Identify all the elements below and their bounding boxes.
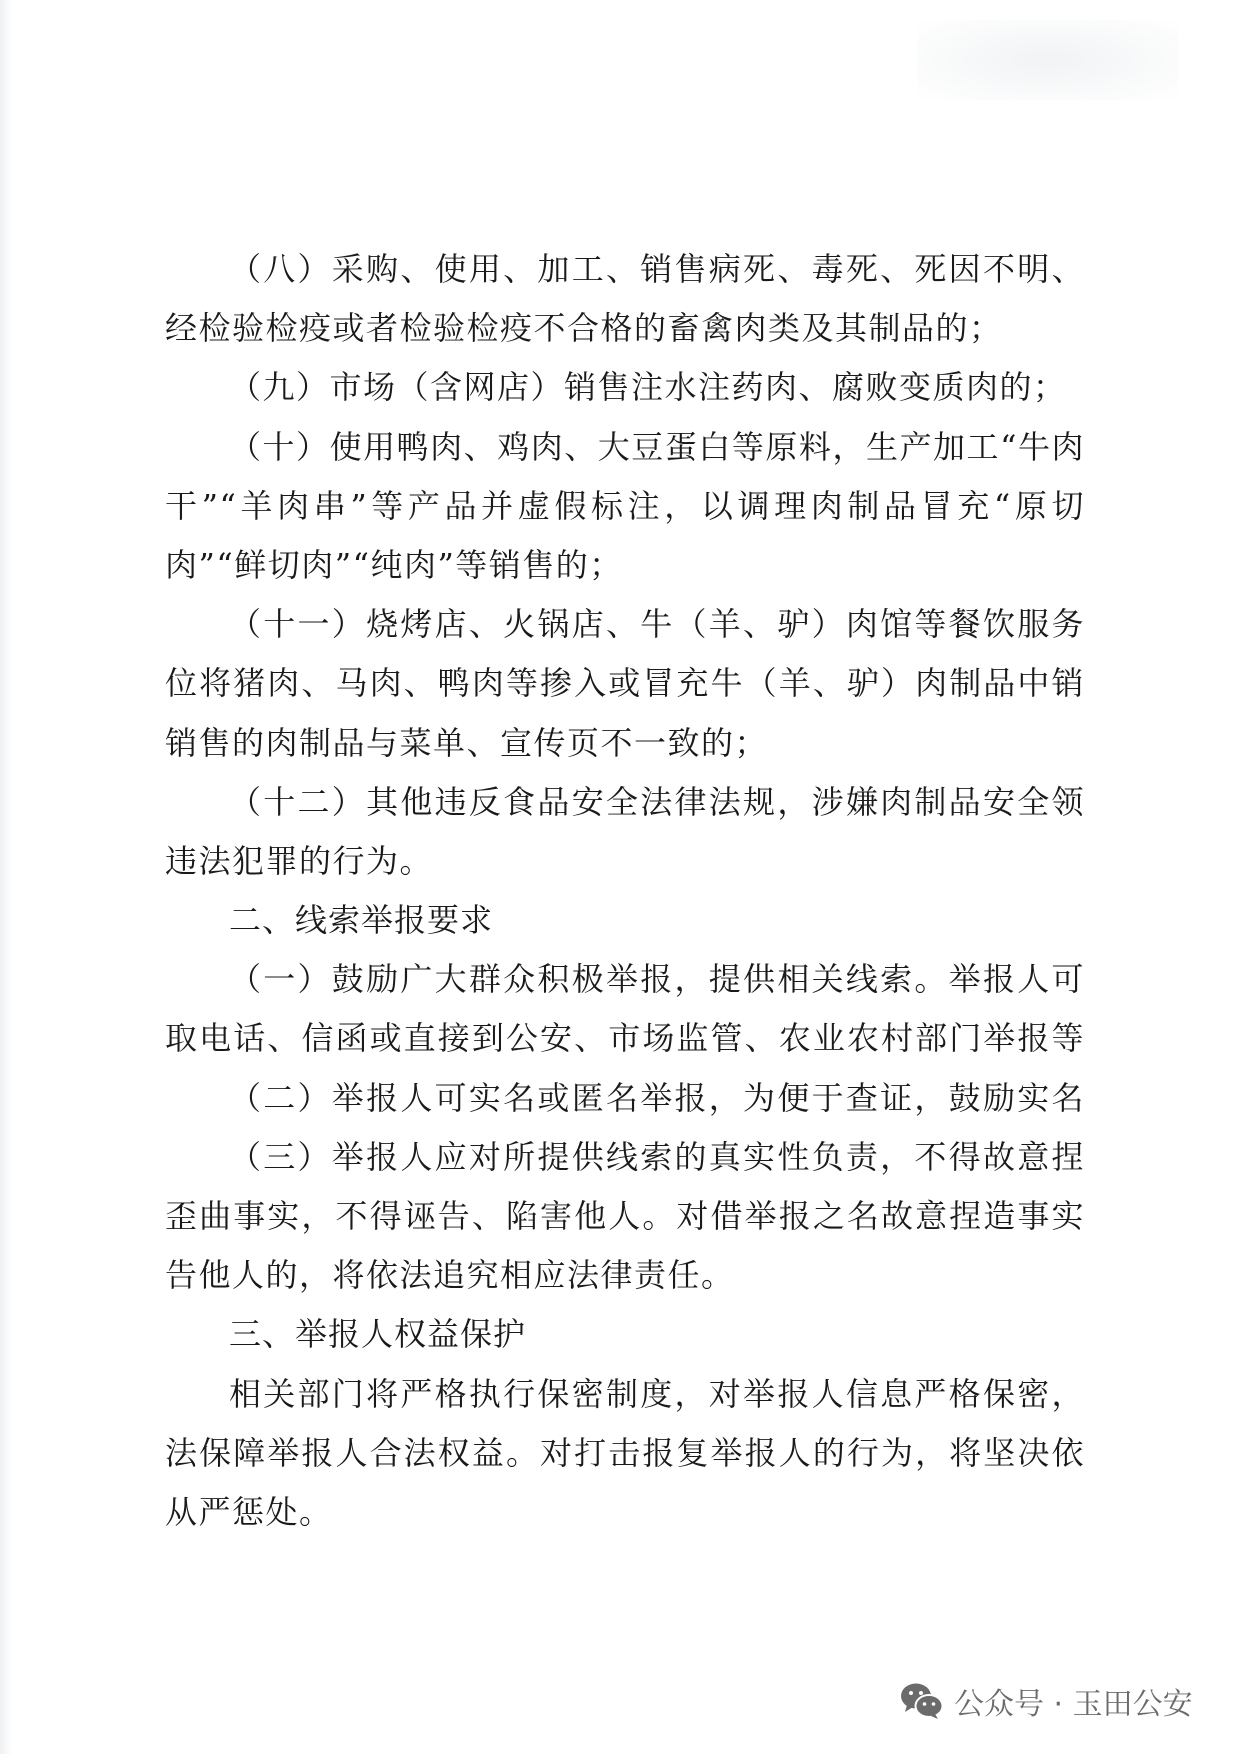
wechat-icon xyxy=(900,1682,944,1720)
section-2-item-2-line-1: （二）举报人可实名或匿名举报，为便于查证，鼓励实名举报； xyxy=(165,1069,1085,1128)
clause-10-line-1: （十）使用鸭肉、鸡肉、大豆蛋白等原料，生产加工“牛肉 xyxy=(165,418,1085,477)
clause-9-line-1: （九）市场（含网店）销售注水注药肉、腐败变质肉的； xyxy=(165,358,1085,417)
section-3-heading: 三、举报人权益保护 xyxy=(165,1305,1085,1364)
clause-11-line-1: （十一）烧烤店、火锅店、牛（羊、驴）肉馆等餐饮服务单 xyxy=(165,595,1085,654)
document-page: （八）采购、使用、加工、销售病死、毒死、死因不明、未 经检验检疫或者检验检疫不合… xyxy=(0,0,1248,1754)
wechat-account-watermark: 公众号 · 玉田公安 xyxy=(900,1676,1193,1726)
section-2-item-3-line-3: 告他人的，将依法追究相应法律责任。 xyxy=(165,1246,1085,1305)
section-2-item-1-line-1: （一）鼓励广大群众积极举报，提供相关线索。举报人可采 xyxy=(165,950,1085,1009)
clause-11-line-2: 位将猪肉、马肉、鸭肉等掺入或冒充牛（羊、驴）肉制品中销售， xyxy=(165,654,1085,713)
clause-11-line-3: 销售的肉制品与菜单、宣传页不一致的； xyxy=(165,714,1085,773)
clause-12-line-1: （十二）其他违反食品安全法律法规，涉嫌肉制品安全领域 xyxy=(165,773,1085,832)
clause-12-line-2: 违法犯罪的行为。 xyxy=(165,832,1085,891)
clause-10-line-3: 肉”“鲜切肉”“纯肉”等销售的； xyxy=(165,536,1085,595)
document-body: （八）采购、使用、加工、销售病死、毒死、死因不明、未 经检验检疫或者检验检疫不合… xyxy=(165,240,1085,1542)
clause-10-line-2: 干”“羊肉串”等产品并虚假标注，以调理肉制品冒充“原切 xyxy=(165,477,1085,536)
section-2-item-3-line-2: 歪曲事实，不得诬告、陷害他人。对借举报之名故意捏造事实诬 xyxy=(165,1187,1085,1246)
section-2-item-1-line-2: 取电话、信函或直接到公安、市场监管、农业农村部门举报等方式； xyxy=(165,1009,1085,1068)
watermark-label: 公众号 · 玉田公安 xyxy=(954,1679,1193,1723)
section-2-heading: 二、线索举报要求 xyxy=(165,891,1085,950)
section-3-para-line-1: 相关部门将严格执行保密制度，对举报人信息严格保密，依 xyxy=(165,1365,1085,1424)
section-3-para-line-3: 从严惩处。 xyxy=(165,1483,1085,1542)
scan-edge-shadow xyxy=(0,0,12,1754)
clause-8-line-1: （八）采购、使用、加工、销售病死、毒死、死因不明、未 xyxy=(165,240,1085,299)
scan-smudge xyxy=(918,20,1178,100)
section-2-item-3-line-1: （三）举报人应对所提供线索的真实性负责，不得故意捏造、 xyxy=(165,1128,1085,1187)
section-3-para-line-2: 法保障举报人合法权益。对打击报复举报人的行为，将坚决依法 xyxy=(165,1424,1085,1483)
clause-8-line-2: 经检验检疫或者检验检疫不合格的畜禽肉类及其制品的； xyxy=(165,299,1085,358)
